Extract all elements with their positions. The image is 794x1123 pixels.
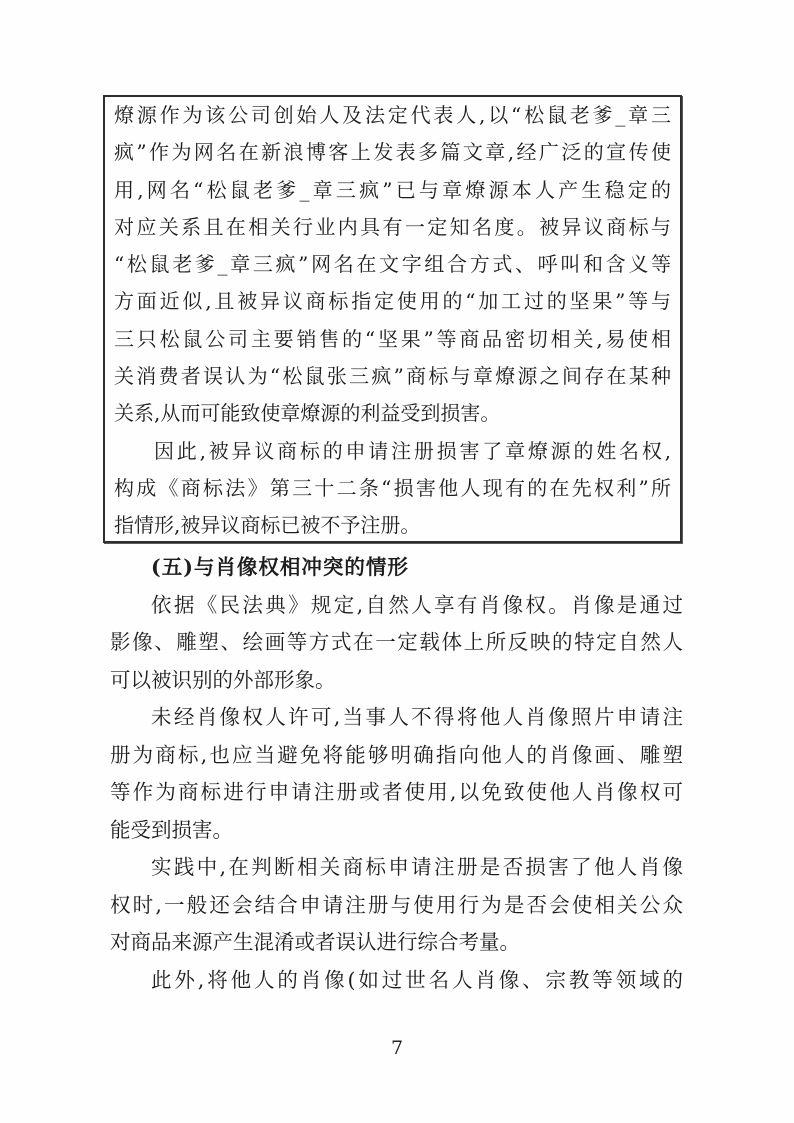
body-line: 册为商标,也应当避免将能够明确指向他人的肖像画、雕塑: [110, 737, 683, 775]
excerpt-line: 指情形,被异议商标已被不予注册。: [114, 507, 671, 543]
excerpt-line: 燎源作为该公司创始人及法定代表人,以“松鼠老爹_章三: [114, 97, 671, 134]
page-number: 7: [0, 1037, 794, 1059]
document-page: 燎源作为该公司创始人及法定代表人,以“松鼠老爹_章三 疯”作为网名在新浪博客上发…: [0, 0, 794, 1123]
body-line: 等作为商标进行申请注册或者使用,以免致使他人肖像权可: [110, 774, 683, 812]
excerpt-line: 用,网名“松鼠老爹_章三疯”已与章燎源本人产生稳定的: [114, 172, 671, 209]
body-line: 此外,将他人的肖像(如过世名人肖像、宗教等领域的: [110, 962, 683, 1000]
excerpt-line: 关系,从而可能致使章燎源的利益受到损害。: [114, 395, 671, 432]
excerpt-line: 三只松鼠公司主要销售的“坚果”等商品密切相关,易使相: [114, 321, 671, 358]
body-text: (五)与肖像权相冲突的情形 依据《民法典》规定,自然人享有肖像权。肖像是通过 影…: [110, 549, 683, 999]
excerpt-line: 对应关系且在相关行业内具有一定知名度。被异议商标与: [114, 209, 671, 246]
excerpt-line: 方面近似,且被异议商标指定使用的“加工过的坚果”等与: [114, 283, 671, 320]
excerpt-line: 因此,被异议商标的申请注册损害了章燎源的姓名权,: [114, 433, 671, 470]
body-line: 实践中,在判断相关商标申请注册是否损害了他人肖像: [110, 849, 683, 887]
excerpt-box: 燎源作为该公司创始人及法定代表人,以“松鼠老爹_章三 疯”作为网名在新浪博客上发…: [103, 95, 682, 543]
body-line: 依据《民法典》规定,自然人享有肖像权。肖像是通过: [110, 587, 683, 625]
section-heading: (五)与肖像权相冲突的情形: [110, 549, 683, 587]
excerpt-line: 关消费者误认为“松鼠张三疯”商标与章燎源之间存在某种: [114, 358, 671, 395]
excerpt-line: “松鼠老爹_章三疯”网名在文字组合方式、呼叫和含义等: [114, 246, 671, 283]
body-line: 可以被识别的外部形象。: [110, 662, 683, 700]
body-line: 未经肖像权人许可,当事人不得将他人肖像照片申请注: [110, 699, 683, 737]
body-line: 影像、雕塑、绘画等方式在一定载体上所反映的特定自然人: [110, 624, 683, 662]
body-line: 能受到损害。: [110, 812, 683, 850]
body-line: 权时,一般还会结合申请注册与使用行为是否会使相关公众: [110, 887, 683, 925]
excerpt-line: 构成《商标法》第三十二条“损害他人现有的在先权利”所: [114, 470, 671, 507]
excerpt-line: 疯”作为网名在新浪博客上发表多篇文章,经广泛的宣传使: [114, 134, 671, 171]
body-line: 对商品来源产生混淆或者误认进行综合考量。: [110, 924, 683, 962]
